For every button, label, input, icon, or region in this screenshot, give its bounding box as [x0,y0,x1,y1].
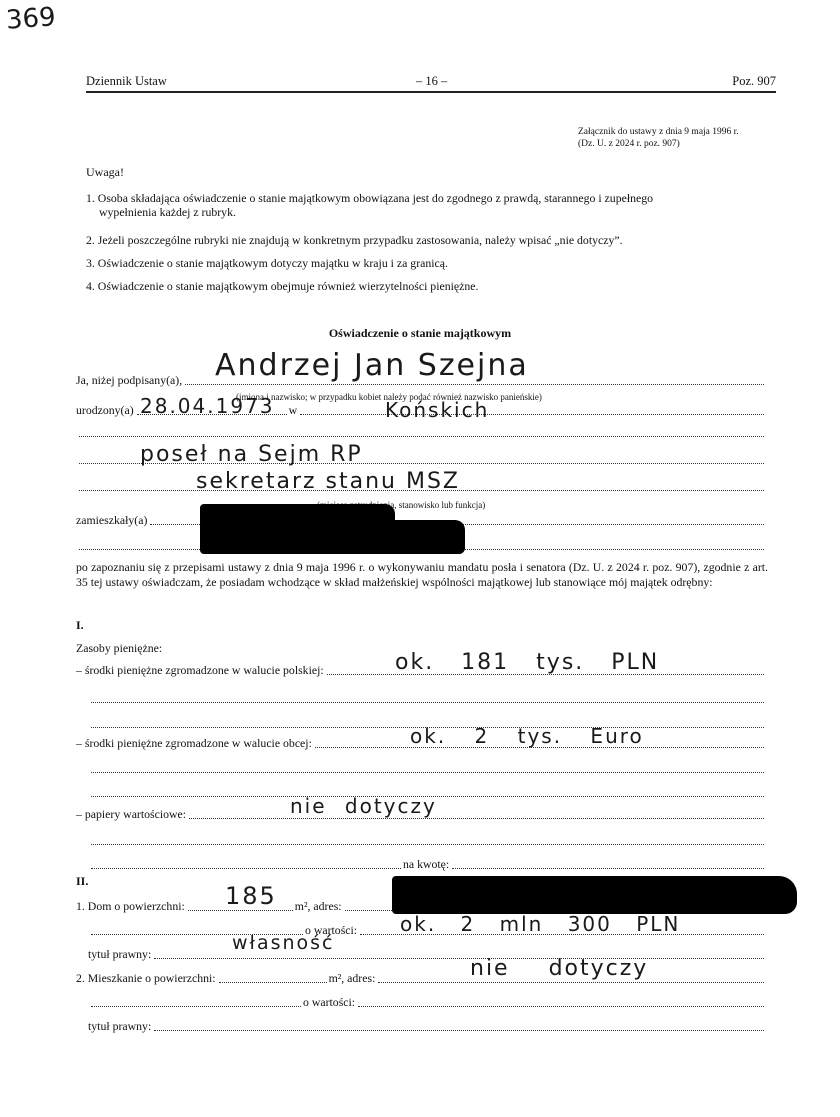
employment-line-1 [76,424,766,440]
employment-value-1: poseł na Sejm RP [140,442,363,467]
foreign-label: – środki pieniężne zgromadzone w walucie… [76,736,312,751]
section-2-heading: II. [76,874,88,889]
flat-address-value: nie dotyczy [470,956,648,981]
declaration-text: po zapoznaniu się z przepisami ustawy z … [76,560,768,590]
flat-label: 2. Mieszkanie o powierzchni: [76,971,216,986]
foreign-value: ok. 2 tys. Euro [410,724,644,748]
notice-item-1: 1. Osoba składająca oświadczenie o stani… [86,191,776,219]
pln-value: ok. 181 tys. PLN [395,650,659,675]
house-title-value: własność [232,932,335,954]
notice-title: Uwaga! [86,165,124,180]
page-number: – 16 – [416,74,447,89]
notice-item-4: 4. Oświadczenie o stanie majątkowym obej… [86,279,776,293]
house-label: 1. Dom o powierzchni: [76,899,185,914]
amount-row: na kwotę: [88,856,766,872]
employment-value-2: sekretarz stanu MSZ [196,469,460,494]
born-place-field[interactable] [300,405,764,415]
flat-row: 2. Mieszkanie o powierzchni: m², adres: [76,970,766,986]
flat-value-label: o wartości: [303,995,355,1010]
flat-title-field[interactable] [154,1021,764,1031]
flat-title-row: tytuł prawny: [88,1018,766,1034]
amount-label: na kwotę: [403,857,449,872]
born-place-value: Końskich [385,398,489,422]
annex-reference: Załącznik do ustawy z dnia 9 maja 1996 r… [578,126,739,150]
flat-area-field[interactable] [219,973,327,983]
born-in-label: w [289,403,298,418]
residence-label: zamieszkały(a) [76,513,147,528]
house-value: ok. 2 mln 300 PLN [400,912,680,936]
house-area-unit: m², adres: [295,899,342,914]
form-title: Oświadczenie o stanie majątkowym [0,326,840,341]
section-1-subheading: Zasoby pieniężne: [76,641,162,656]
pln-field[interactable] [91,693,764,703]
born-date-value: 28.04.1973 [140,394,275,418]
journal-name: Dziennik Ustaw [86,74,167,89]
section-1-heading: I. [76,618,84,633]
flat-area-unit: m², adres: [329,971,376,986]
undersigned-value: Andrzej Jan Szejna [215,348,529,383]
securities-field[interactable] [91,859,401,869]
house-title-label: tytuł prawny: [88,947,151,962]
securities-line-2 [88,832,766,848]
flat-value-field[interactable] [358,997,764,1007]
flat-title-label: tytuł prawny: [88,1019,151,1034]
notice-item-2: 2. Jeżeli poszczególne rubryki nie znajd… [86,233,776,247]
annex-line-1: Załącznik do ustawy z dnia 9 maja 1996 r… [578,126,739,138]
redaction-block [200,520,465,554]
notice-item-text: wypełnienia każdej z rubryk. [86,205,776,219]
position-number: Poz. 907 [732,74,776,89]
foreign-line-2 [88,760,766,776]
securities-field[interactable] [91,835,764,845]
securities-value: nie dotyczy [290,794,437,818]
notice-item-text: 1. Osoba składająca oświadczenie o stani… [86,191,653,205]
flat-value-row: o wartości: [88,994,766,1010]
employment-field[interactable] [79,427,764,437]
annex-line-2: (Dz. U. z 2024 r. poz. 907) [578,138,739,150]
amount-field[interactable] [452,859,764,869]
notice-item-3: 3. Oświadczenie o stanie majątkowym doty… [86,256,776,270]
securities-label: – papiery wartościowe: [76,807,186,822]
house-area-value: 185 [225,882,277,910]
page-header: Dziennik Ustaw – 16 – Poz. 907 [86,74,776,93]
redaction-block [392,876,797,914]
undersigned-label: Ja, niżej podpisany(a), [76,373,182,388]
house-title-row: tytuł prawny: [88,946,766,962]
handwritten-page-number: 369 [5,2,57,35]
pln-label: – środki pieniężne zgromadzone w walucie… [76,663,324,678]
securities-field[interactable] [189,809,764,819]
pln-line-2 [88,690,766,706]
flat-value-prefix[interactable] [91,997,301,1007]
born-label: urodzony(a) [76,403,134,418]
foreign-field[interactable] [91,763,764,773]
